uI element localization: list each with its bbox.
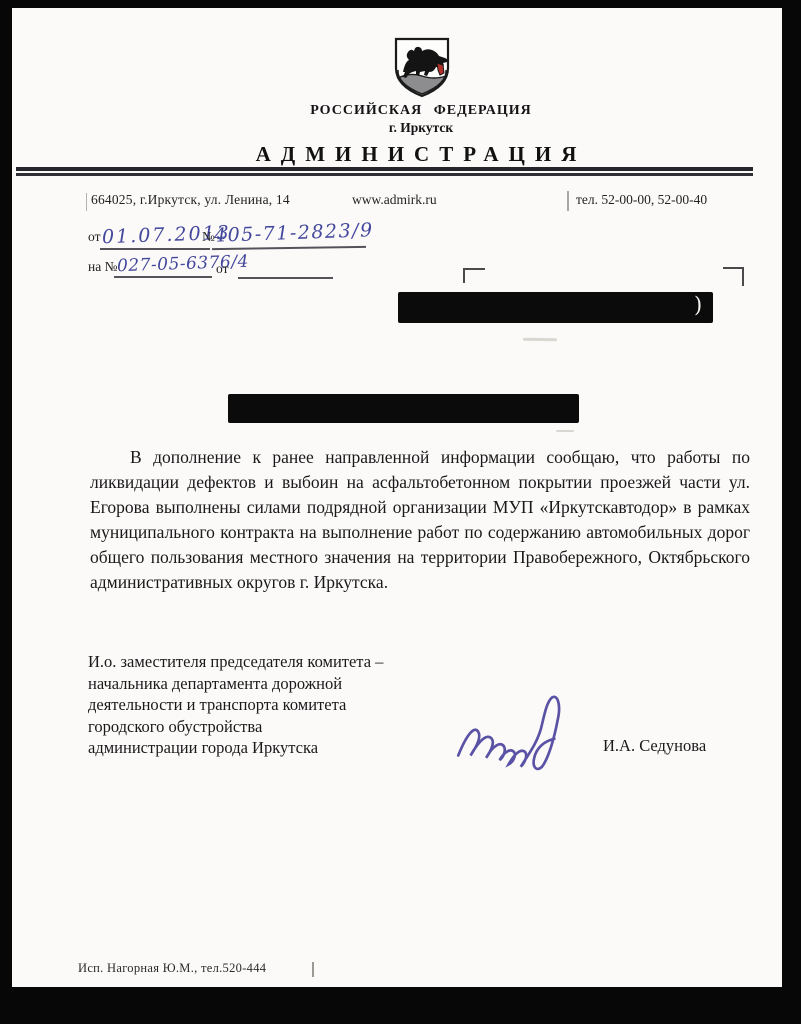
date-underline (100, 248, 210, 250)
letterhead-rule-bottom (16, 173, 753, 176)
ref-reply-label: на № (88, 259, 117, 275)
signer-position-line: администрации города Иркутска (88, 737, 468, 759)
footer-divider (312, 962, 314, 977)
irkutsk-coat-of-arms-icon (390, 36, 454, 100)
redaction-bar-addressee (398, 292, 713, 323)
number-underline (212, 246, 366, 250)
signer-position-line: начальника департамента дорожной (88, 673, 468, 695)
handwritten-outgoing-number: 405-71-2823/9 (214, 219, 374, 247)
ref-reply-from-label: от (216, 261, 228, 277)
blank-date-underline (238, 277, 333, 279)
scan-border-bottom (0, 987, 801, 1024)
signer-name: И.А. Седунова (603, 736, 706, 756)
letterhead-address: 664025, г.Иркутск, ул. Ленина, 14 (91, 192, 290, 208)
scan-border-left (0, 0, 12, 1024)
scan-border-right (782, 0, 801, 1024)
scan-smudge (523, 338, 557, 342)
letterhead-phone: тел. 52-00-00, 52-00-40 (576, 192, 707, 208)
reply-underline (114, 276, 212, 278)
handwritten-reply-number: 027-05-6376/4 (117, 252, 249, 277)
addressee-corner-mark-right (723, 267, 744, 286)
addressee-corner-mark-left (463, 268, 485, 283)
phone-divider (567, 191, 569, 211)
signer-position-line: И.о. заместителя председателя комитета – (88, 651, 468, 673)
executor-footer: Исп. Нагорная Ю.М., тел.520-444 (78, 961, 266, 976)
signer-position-line: деятельности и транспорта комитета (88, 694, 468, 716)
signer-position-block: И.о. заместителя председателя комитета –… (88, 651, 468, 759)
scan-border-top (0, 0, 801, 8)
signer-position-line: городского обустройства (88, 716, 468, 738)
letterhead-website: www.admirk.ru (352, 192, 437, 208)
handwritten-signature (448, 684, 578, 779)
scan-smudge (556, 430, 574, 432)
scanned-letter-page: РОССИЙСКАЯ ФЕДЕРАЦИЯ г. Иркутск АДМИНИСТ… (0, 0, 801, 1024)
letterhead-rule-top (16, 167, 753, 171)
letter-body-paragraph: В дополнение к ранее направленной информ… (90, 445, 750, 595)
letterhead-country: РОССИЙСКАЯ ФЕДЕРАЦИЯ (111, 103, 731, 119)
letterhead-city: г. Иркутск (111, 120, 731, 136)
redaction-bar-subject (228, 394, 579, 423)
address-divider-left (86, 193, 87, 211)
stray-parenthesis: ) (694, 293, 702, 317)
letterhead-organization: АДМИНИСТРАЦИЯ (111, 142, 731, 167)
ref-from-label: от (88, 229, 100, 245)
